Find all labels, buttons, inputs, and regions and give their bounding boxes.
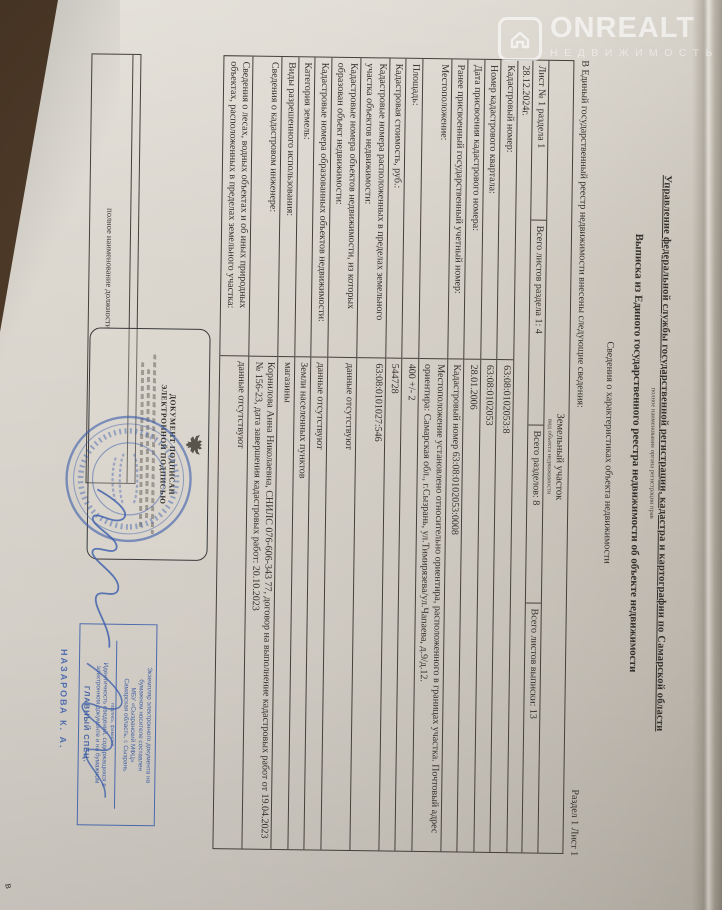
sheet-number: Лист № 1 раздела 1 <box>531 61 548 221</box>
row-label: Кадастровые номера расположенных в преде… <box>357 58 389 358</box>
photo-frame: Управление федеральной службы государств… <box>0 0 722 910</box>
document-paper: Управление федеральной службы государств… <box>0 0 722 910</box>
intro-line: В Единый государственный реестр недвижим… <box>574 60 591 408</box>
house-icon <box>498 17 542 61</box>
section-sheet-label: Раздел 1 Лист 1 <box>567 789 580 856</box>
row-label: Местоположение: <box>419 59 451 359</box>
mfc-official-name: НАЗАРОВА К. А. <box>57 649 70 750</box>
row-label: Кадастровые номера объектов недвижимости… <box>328 58 360 358</box>
egrn-extract-document: Управление федеральной службы государств… <box>50 13 712 886</box>
extract-subtitle: Сведения о характеристиках объекта недви… <box>595 21 620 885</box>
sheets-in-section: Всего листов раздела 1: 4 <box>529 220 546 425</box>
watermark-logo: ONREALT НЕДВИЖИМОСТЬ <box>498 14 719 61</box>
paper-edge-fold <box>692 0 722 910</box>
mfc-stamp: Экземпляр электронного документа на бума… <box>77 623 158 826</box>
watermark-brand: ONREALT <box>550 14 719 43</box>
object-characteristics-table: Земельный участок вид объекта недвижимос… <box>213 55 575 854</box>
row-label: Сведения о лесах, водных объектах и об и… <box>221 56 253 356</box>
row-label: Сведения о кадастровом инженере: <box>250 57 282 357</box>
round-seal <box>56 411 196 547</box>
watermark-subtitle: НЕДВИЖИМОСТЬ <box>550 47 719 59</box>
total-sections: Всего разделов: 8 <box>526 425 543 603</box>
mfc-official-title: ГЛАВНЫЙ СПЕЦ. <box>80 628 92 820</box>
